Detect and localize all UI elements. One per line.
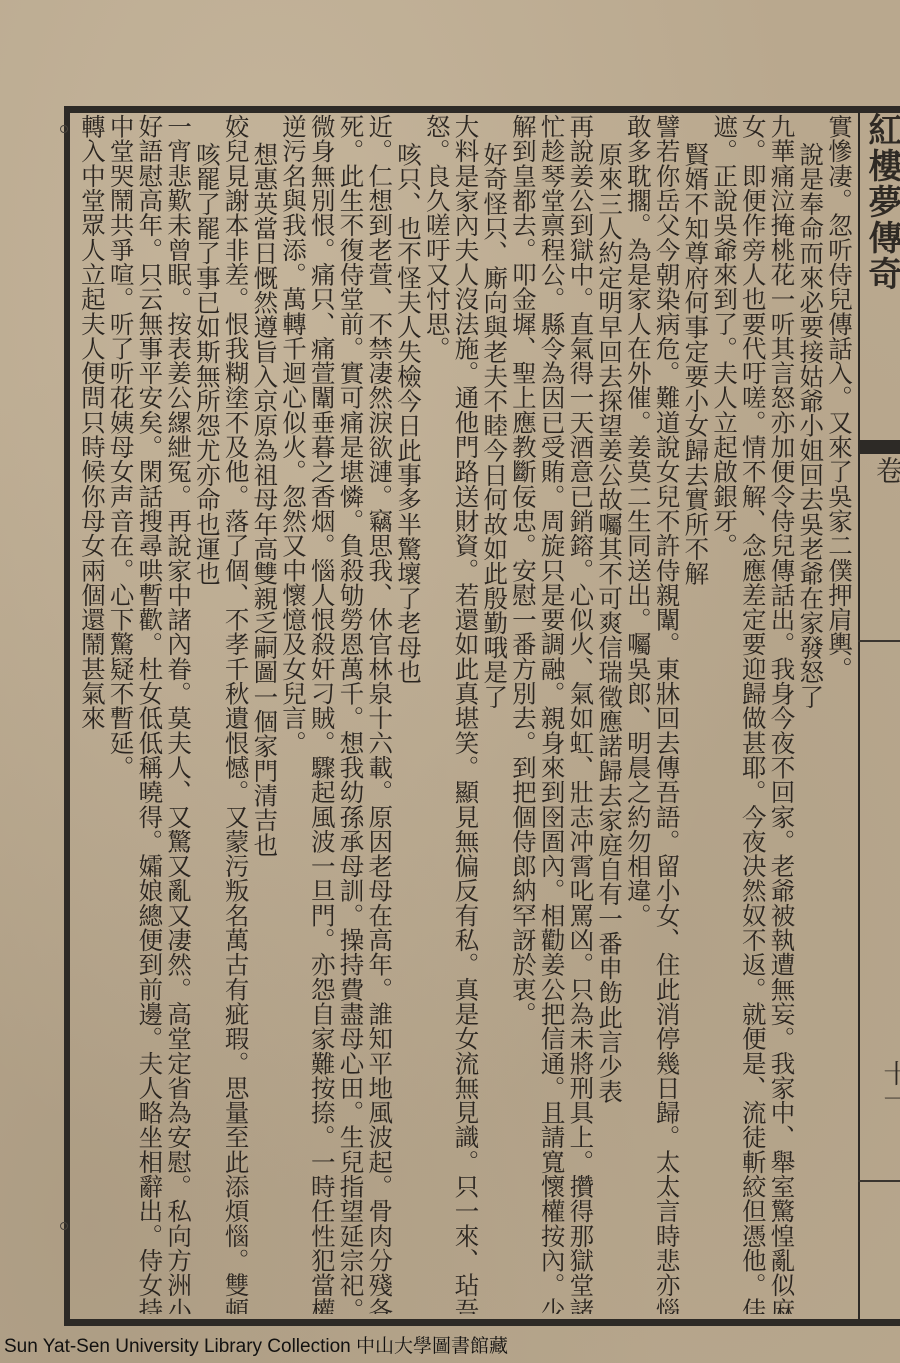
text-column: 逆污名與我添。萬轉千迴心似火。忽然又中懷憶及女兒言。: [279, 114, 308, 1314]
text-column: 姣兒見謝本非差。恨我糊塗不及他。落了個、不孝千秋遺恨憾。又蒙污叛名萬古有疵瑕。思…: [222, 114, 251, 1314]
text-column: 譬若你岳父今朝染病危。難道說女兒不許侍親闈。東牀回去傳吾語。留小女、住此消停幾日…: [653, 114, 682, 1314]
block-divider: [858, 640, 900, 642]
margin-mark: [60, 125, 68, 133]
text-column: 原來三人約定明早回去探望姜公故囑其不可爽信瑞徵應諾歸去家庭自有一番申飭此言少表: [595, 114, 624, 1314]
fish-tail-mark: [858, 440, 900, 454]
text-column: 賢婿不知尊府何事定要小女歸去實所不解: [682, 114, 711, 1314]
text-column: 咳罷了罷了事已如斯無所怨尤亦命也運也: [193, 114, 222, 1314]
text-column: 好奇怪只、廝向與老夫不睦今日何故如此殷勤哦是了: [480, 114, 509, 1314]
text-column: 好語慰高年。只云無事平安矣。閑話搜尋哄暫歡。杜女低低稱曉得。孀娘總便到前邊。夫人…: [136, 114, 165, 1314]
text-column: 實慘凄。忽听侍兒傳話入。又來了吳家二僕押肩輿。: [825, 114, 854, 1314]
text-column: 九華痛泣掩桃花一听其言怒亦加便令侍兒傳話出。我身今夜不回家。老爺被執遭無妄。我家…: [768, 114, 797, 1314]
volume-label: 卷: [868, 456, 900, 484]
text-column: 想惠英當日慨然遵旨入京原為祖母年高雙親乏嗣圖一個家門清吉也: [251, 114, 280, 1314]
text-column: 咳只、也不怪夫人失檢今日此事多半驚壞了老母也: [394, 114, 423, 1314]
scanned-book-page: 紅樓夢傳奇 卷 十一 實慘凄。忽听侍兒傳話入。又來了吳家二僕押肩輿。說是奉命而來…: [0, 0, 900, 1363]
text-column: 死。此生不復侍堂前。實可痛是堪憐。負殺劬勞恩萬千。想我幼孫承母訓。操持費盡母心田…: [337, 114, 366, 1314]
text-column: 遮。正說吳爺來到了。夫人立起啟銀牙。: [710, 114, 739, 1314]
text-column: 怒。良久嗟吁又忖思。: [423, 114, 452, 1314]
book-title-block: 紅樓夢傳奇: [864, 112, 900, 292]
text-column: 一宵悲歎未曾眠。按表姜公縲紲冤。再說家中諸內眷。莫夫人、又驚又亂又凄然。高堂定省…: [164, 114, 193, 1314]
text-column: 微身無別恨。痛只、痛萱闈垂暮之香烟。惱人恨殺奸刁賊。驟起風波一旦門。亦怨自家難按…: [308, 114, 337, 1314]
page-number: 十一: [876, 1060, 900, 1112]
block-divider: [858, 1180, 900, 1182]
library-collection-caption: Sun Yat-Sen University Library Collectio…: [0, 1332, 900, 1363]
text-column: 轉入中堂眾人立起夫人便問只時候你母女兩個還鬧甚氣來: [78, 114, 107, 1314]
text-column: 再說姜公到獄中。直氣得一天酒意已銷鎔。心似火、氣如虹、壯志冲霄叱罵凶。只為未將刑…: [567, 114, 596, 1314]
text-column: 解到皇都去。叩金墀、聖上應教斷佞忠。安慰一番方別去。到把個侍郎納罕訝於衷。: [509, 114, 538, 1314]
text-column: 大料是家內夫人沒法施。通他門路送財資。若還如此真堪笑。顯見無偏反有私。真是女流無…: [452, 114, 481, 1314]
text-column: 中堂哭鬧共爭喧。听了听花姨母女声音在。心下驚疑不暫延。: [107, 114, 136, 1314]
text-column: 近。仁想到老萱、不禁凄然淚欲漣。竊思我、休官林泉十六載。原因老母在高年。誰知平地…: [366, 114, 395, 1314]
text-column: 說是奉命而來必要接姑爺小姐回去吳老爺在家發怒了: [797, 114, 826, 1314]
margin-mark: [60, 1222, 68, 1230]
text-column: 忙趁琴堂禀程公。縣令為因已受賄。周旋只是要調融。親身來到囹圄內。相勸姜公把信通。…: [538, 114, 567, 1314]
text-column: 敢多耽擱。為是家人在外催。姜莫二生同送出。囑吳郎、明晨之約勿相違。: [624, 114, 653, 1314]
text-column: 女。即便作旁人也要代吁嗟。情不解、念應差定要迎歸做甚耶。今夜决然奴不返。就便是、…: [739, 114, 768, 1314]
text-columns: 實慘凄。忽听侍兒傳話入。又來了吳家二僕押肩輿。說是奉命而來必要接姑爺小姐回去吳老…: [78, 114, 854, 1314]
